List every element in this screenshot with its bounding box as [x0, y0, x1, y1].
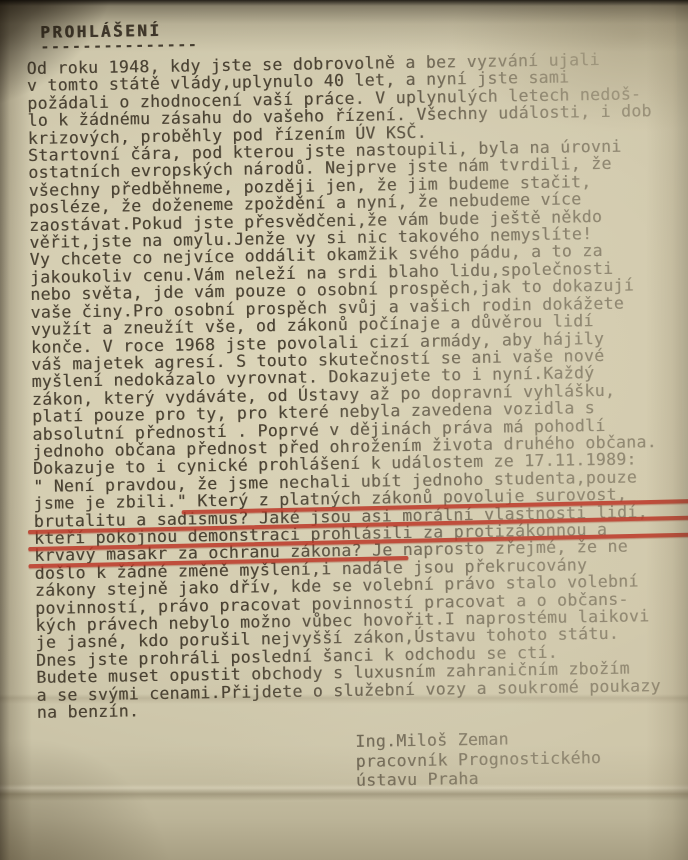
- scanned-document-photo: PROHLÁŠENÍ --------------- Od roku 1948,…: [0, 0, 688, 860]
- signature-block: Ing.Miloš Zemanpracovník Prognostickéhoú…: [355, 727, 682, 791]
- signature-line: ústavu Praha: [356, 766, 682, 791]
- document-body: Od roku 1948, kdy jste se dobrovolně a b…: [27, 50, 681, 721]
- typewritten-document: PROHLÁŠENÍ --------------- Od roku 1948,…: [26, 14, 682, 796]
